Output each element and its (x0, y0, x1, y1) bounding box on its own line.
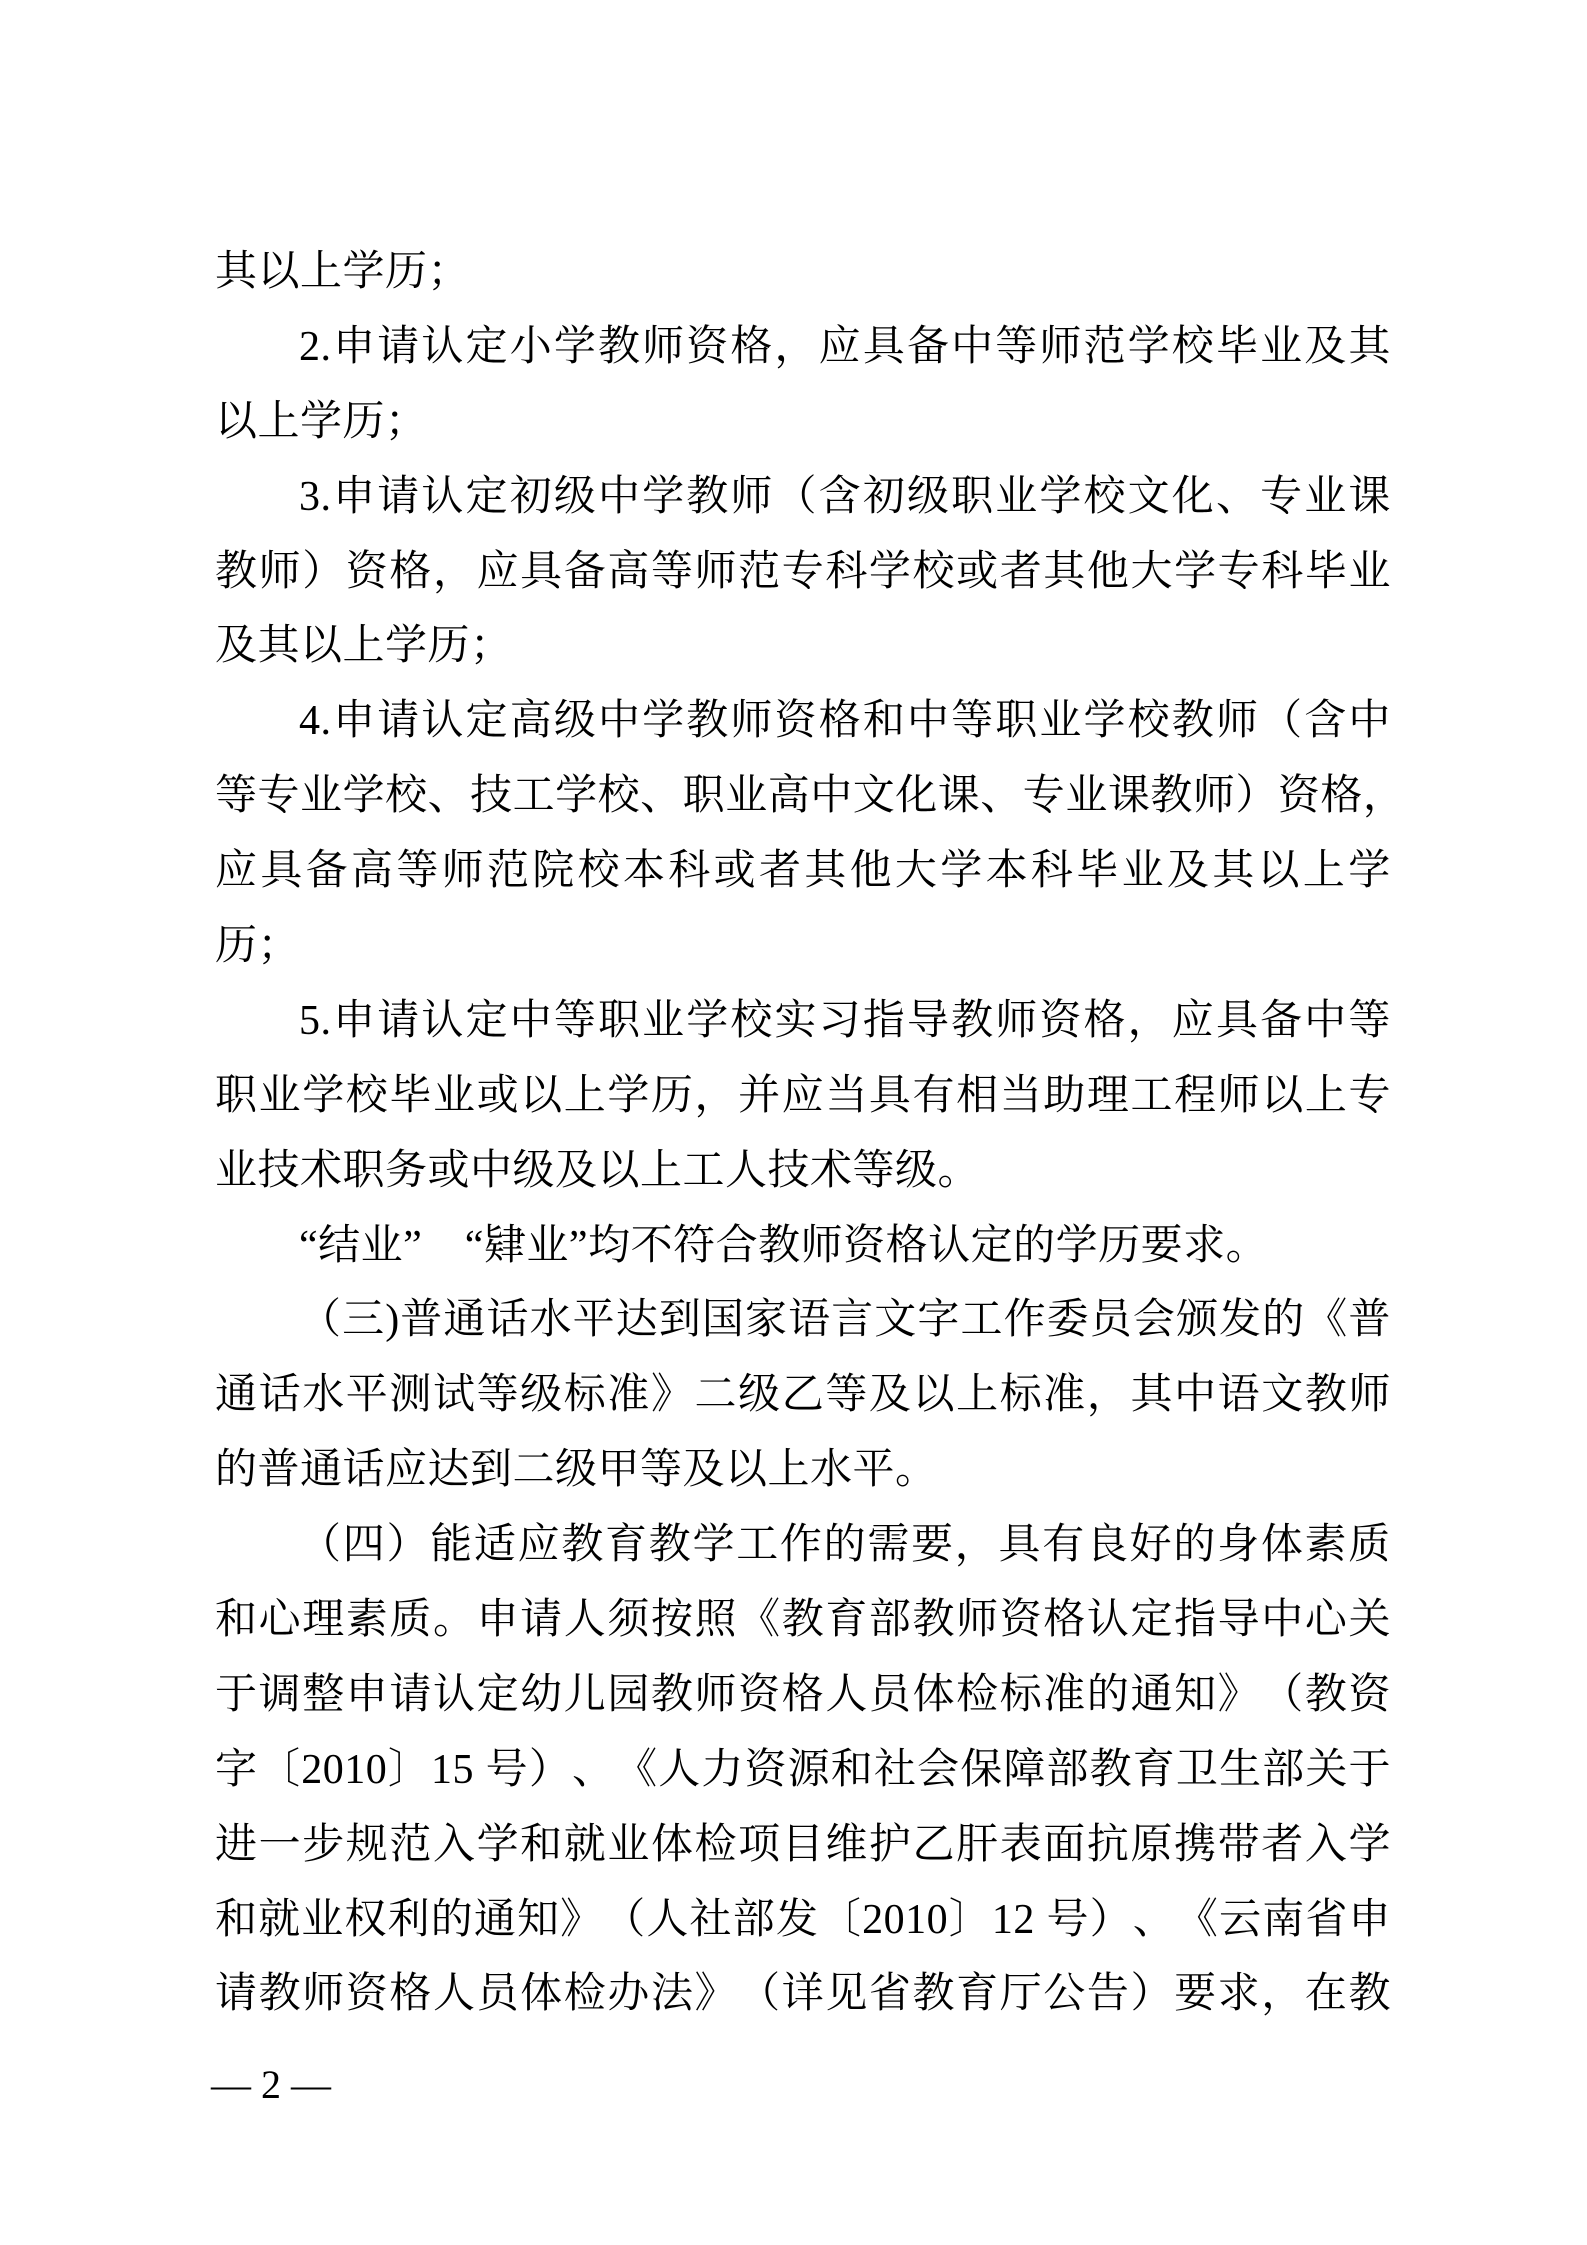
text-line: 和就业权利的通知》（人社部发〔2010〕12 号）、《云南省申 (215, 1883, 1391, 1958)
text-line: 进一步规范入学和就业体检项目维护乙肝表面抗原携带者入学 (215, 1808, 1391, 1883)
text-line: 职业学校毕业或以上学历，并应当具有相当助理工程师以上专 (215, 1059, 1391, 1134)
text-line: 等专业学校、技工学校、职业高中文化课、专业课教师）资格， (215, 759, 1391, 834)
document-body: 其以上学历；2.申请认定小学教师资格，应具备中等师范学校毕业及其以上学历；3.申… (215, 235, 1391, 2032)
text-line: 4.申请认定高级中学教师资格和中等职业学校教师（含中 (215, 684, 1391, 759)
text-line: 以上学历； (215, 385, 1391, 460)
text-line: 2.申请认定小学教师资格，应具备中等师范学校毕业及其 (215, 310, 1391, 385)
text-line: 历； (215, 909, 1391, 984)
text-line: 5.申请认定中等职业学校实习指导教师资格，应具备中等 (215, 984, 1391, 1059)
text-line: 3.申请认定初级中学教师（含初级职业学校文化、专业课 (215, 460, 1391, 535)
text-line: 业技术职务或中级及以上工人技术等级。 (215, 1134, 1391, 1209)
text-line: 和心理素质。申请人须按照《教育部教师资格认定指导中心关 (215, 1583, 1391, 1658)
text-line: 字〔2010〕15 号）、《人力资源和社会保障部教育卫生部关于 (215, 1733, 1391, 1808)
text-line: 应具备高等师范院校本科或者其他大学本科毕业及其以上学 (215, 834, 1391, 909)
text-line: 教师）资格，应具备高等师范专科学校或者其他大学专科毕业 (215, 535, 1391, 610)
text-line: “结业” “肄业”均不符合教师资格认定的学历要求。 (215, 1209, 1391, 1284)
text-line: 请教师资格人员体检办法》（详见省教育厅公告）要求，在教 (215, 1957, 1391, 2032)
text-line: 于调整申请认定幼儿园教师资格人员体检标准的通知》（教资 (215, 1658, 1391, 1733)
text-line: 其以上学历； (215, 235, 1391, 310)
text-line: 通话水平测试等级标准》二级乙等及以上标准，其中语文教师 (215, 1358, 1391, 1433)
text-line: （三)普通话水平达到国家语言文字工作委员会颁发的《普 (215, 1283, 1391, 1358)
text-line: （四）能适应教育教学工作的需要，具有良好的身体素质 (215, 1508, 1391, 1583)
text-line: 及其以上学历； (215, 609, 1391, 684)
page-number: — 2 — (211, 2058, 331, 2112)
text-line: 的普通话应达到二级甲等及以上水平。 (215, 1433, 1391, 1508)
document-page: 其以上学历；2.申请认定小学教师资格，应具备中等师范学校毕业及其以上学历；3.申… (0, 0, 1587, 2245)
